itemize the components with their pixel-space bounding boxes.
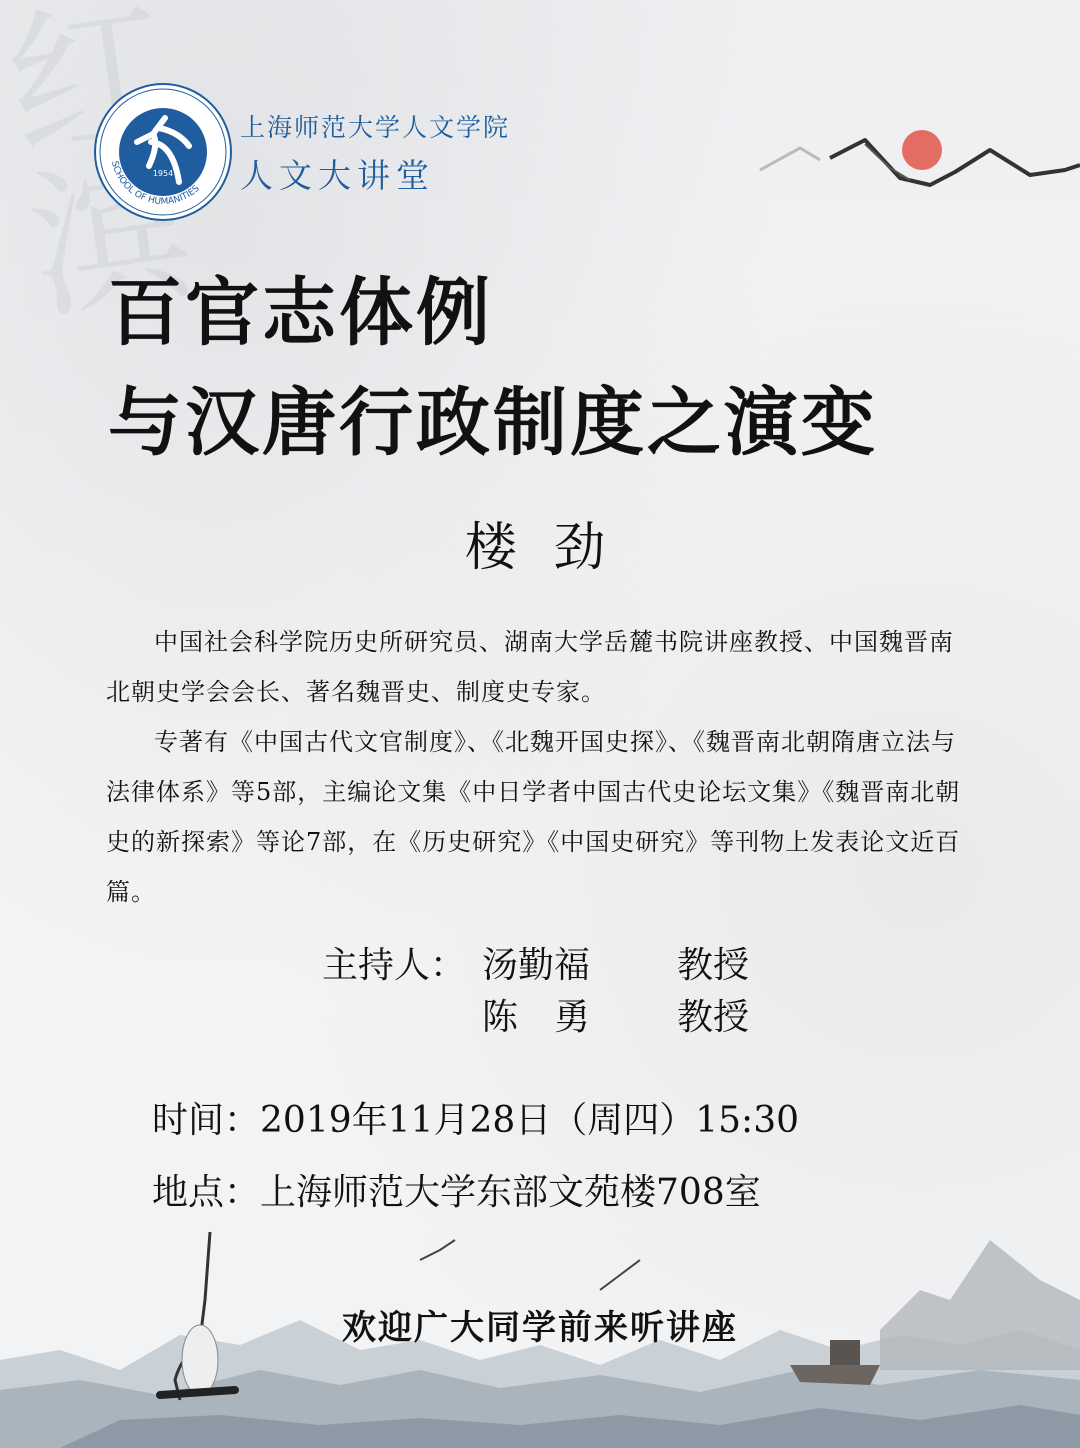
school-logo-icon: 1954 SCHOOL OF HUMANITIES — [93, 82, 233, 222]
host-title: 教授 — [677, 940, 749, 992]
org-header: 上海师范大学人文学院 人文大讲堂 — [240, 108, 510, 197]
place-row: 地点：上海师范大学东部文苑楼708室 — [152, 1157, 799, 1229]
host-row: 陈 勇 教授 — [322, 992, 749, 1044]
host-name: 汤勤福 — [482, 940, 677, 992]
bio-paragraph-2: 专著有《中国古代文官制度》、《北魏开国史探》、《魏晋南北朝隋唐立法与法律体系》等… — [106, 717, 971, 917]
title-line-1: 百官志体例 — [108, 258, 878, 368]
time-value: 2019年11月28日（周四）15:30 — [260, 1100, 799, 1141]
bio-paragraph-1: 中国社会科学院历史所研究员、湖南大学岳麓书院讲座教授、中国魏晋南北朝史学会会长、… — [106, 617, 971, 717]
time-label: 时间： — [152, 1100, 260, 1141]
host-name: 陈 勇 — [482, 992, 677, 1044]
time-row: 时间：2019年11月28日（周四）15:30 — [152, 1085, 799, 1157]
place-value: 上海师范大学东部文苑楼708室 — [260, 1172, 761, 1213]
host-title: 教授 — [677, 992, 749, 1044]
place-label: 地点： — [152, 1172, 260, 1213]
event-info: 时间：2019年11月28日（周四）15:30 地点：上海师范大学东部文苑楼70… — [152, 1085, 799, 1229]
welcome-message: 欢迎广大同学前来听讲座 — [0, 1300, 1080, 1349]
hosts-block: 主持人： 汤勤福 教授 陈 勇 教授 — [322, 940, 749, 1044]
lecture-title: 百官志体例 与汉唐行政制度之演变 — [108, 258, 878, 478]
hosts-label: 主持人： — [322, 940, 482, 992]
hosts-label-spacer — [322, 992, 482, 1044]
title-line-2: 与汉唐行政制度之演变 — [108, 368, 878, 478]
svg-text:1954: 1954 — [153, 169, 173, 178]
speaker-name: 楼 劲 — [0, 505, 1080, 580]
sun-mountains-icon — [740, 110, 1080, 200]
series-name: 人文大讲堂 — [240, 150, 510, 197]
org-name: 上海师范大学人文学院 — [240, 108, 510, 144]
host-row: 主持人： 汤勤福 教授 — [322, 940, 749, 992]
speaker-bio: 中国社会科学院历史所研究员、湖南大学岳麓书院讲座教授、中国魏晋南北朝史学会会长、… — [106, 617, 971, 917]
